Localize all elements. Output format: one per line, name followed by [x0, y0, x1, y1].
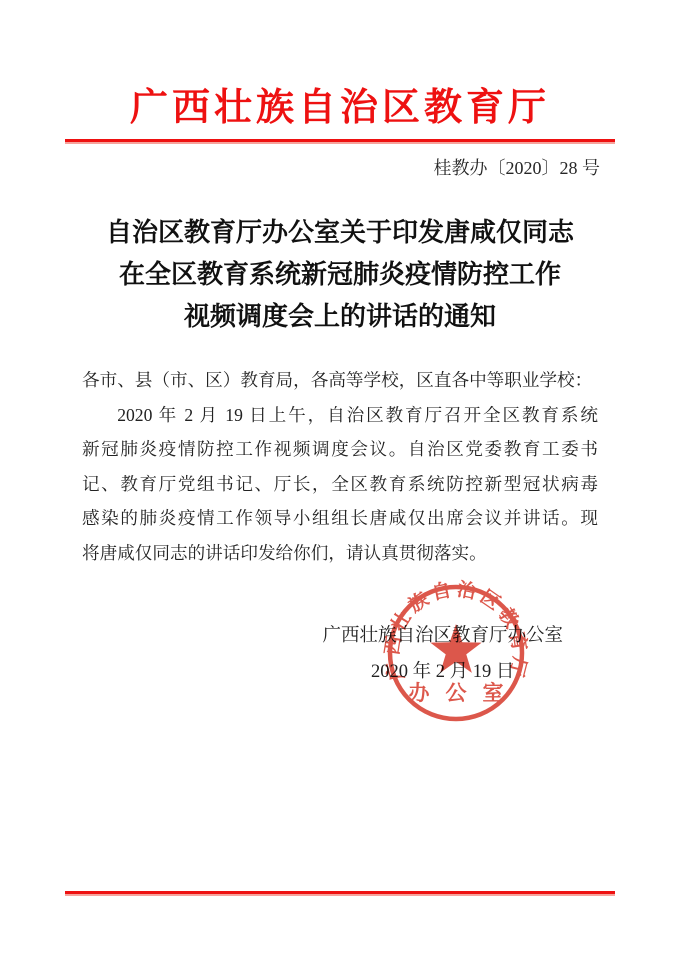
issuing-org-title: 广西壮族自治区教育厅 — [0, 89, 680, 127]
notice-title-line-2: 在全区教育系统新冠肺炎疫情防控工作 — [0, 254, 680, 296]
body-line: 将唐咸仅同志的讲话印发给你们，请认真贯彻落实。 — [82, 536, 598, 571]
header-divider-line — [65, 139, 615, 144]
footer-divider-line — [65, 891, 615, 896]
body-text: 各市、县（市、区）教育局，各高等学校，区直各中等职业学校： 2020 年 2 月… — [82, 363, 598, 571]
notice-title-line-3: 视频调度会上的讲话的通知 — [0, 296, 680, 338]
body-line: 感染的肺炎疫情工作领导小组组长唐咸仅出席会议并讲话。现 — [82, 501, 598, 536]
notice-title-line-1: 自治区教育厅办公室关于印发唐咸仅同志 — [0, 212, 680, 254]
seal-star — [430, 624, 481, 673]
seal-bottom-text: 办公室 — [409, 681, 520, 705]
notice-title: 自治区教育厅办公室关于印发唐咸仅同志 在全区教育系统新冠肺炎疫情防控工作 视频调… — [0, 212, 680, 338]
salutation-line: 各市、县（市、区）教育局，各高等学校，区直各中等职业学校： — [82, 363, 598, 398]
body-line: 记、教育厅党组书记、厅长，全区教育系统防控新型冠状病毒 — [82, 467, 598, 502]
document-number: 桂教办〔2020〕28 号 — [434, 158, 601, 180]
official-seal: 广西壮族自治区教育厅 办公室 — [376, 573, 536, 733]
body-line: 2020 年 2 月 19 日上午，自治区教育厅召开全区教育系统 — [82, 398, 598, 433]
document-page: 广西壮族自治区教育厅 桂教办〔2020〕28 号 自治区教育厅办公室关于印发唐咸… — [0, 0, 680, 961]
body-line: 新冠肺炎疫情防控工作视频调度会议。自治区党委教育工委书 — [82, 432, 598, 467]
